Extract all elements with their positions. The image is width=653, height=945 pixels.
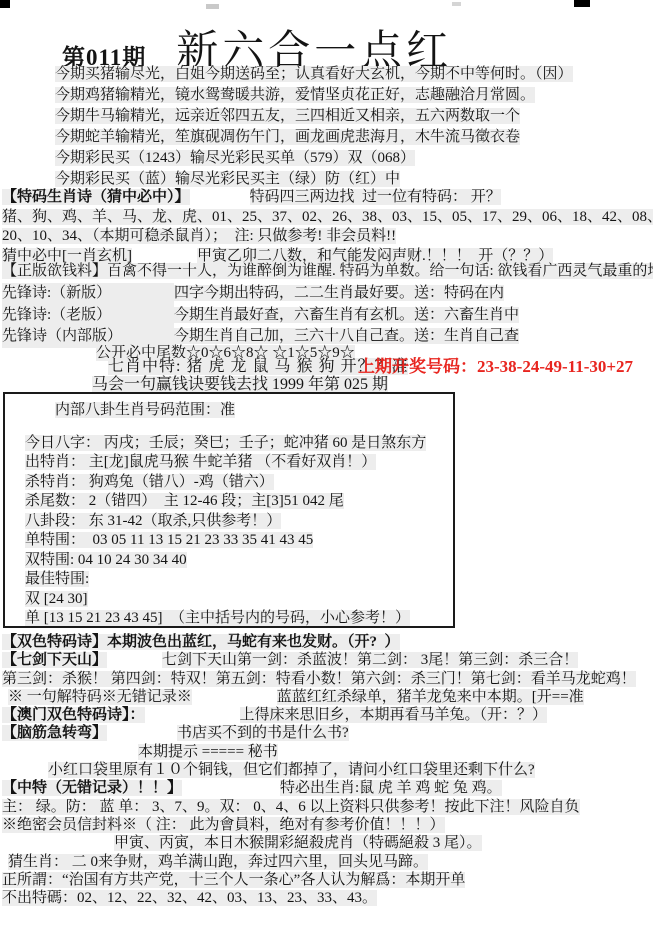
shuangse-temashi-line: 【双色特码诗】本期波色出蓝红，马蛇有来也发财。（开? ） [2,633,636,651]
bagua-row-shuangtewei: 双特围: 04 10 24 30 34 40 [25,551,453,571]
yiju-label: ※ 一句解特码※无错记录※ [8,689,192,705]
yiju-jietema-line: ※ 一句解特码※无错记录※蓝蓝红红杀绿单，猪羊龙兔来中本期。[开==准 [2,688,636,706]
scan-artifact-mark [206,4,219,9]
bagua-row-dantewei: 单特围： 03 05 11 13 15 21 23 33 35 41 43 45 [25,531,453,551]
scan-artifact-mark [452,2,461,6]
qijian-line-2: 第三剑：杀猴！ 第四剑：特双！第五剑：特看小数！第六剑：杀三门！第七剑：看羊马龙… [2,670,636,688]
zhengsuowei-line: 正所謂：“治国有方共产党，十三个人一条心”各人认为解爲：本期开单 [2,871,636,889]
zhongte-line: 【中特（无错记录）！！】特必出生肖:鼠 虎 羊 鸡 蛇 兔 鸡。 [2,779,636,797]
last-draw-label: 上期开奖号码： [358,357,477,376]
juemi-line: ※绝密会员信封料※（ 注： 此为會員料，绝对有参考价值！！！） [2,816,636,834]
bagua-box: 内部八卦生肖号码范围：准 今日八字： 丙戌；壬辰；癸巳；壬子；蛇冲猪 60 是日… [3,392,455,628]
poem-line: 今期蛇羊输精光，笙旗砚凋伤午门，画龙画虎悲海月，木牛流马徵衣卷 [55,127,573,148]
tema-shengxiao-section: 【特码生肖诗（猜中必中）】特码四三两边找 过一位有特码： 开？ 猪、狗、鸡、羊、… [2,188,653,266]
bagua-box-title: 内部八卦生肖号码范围：准 [55,401,453,421]
last-draw-result: 上期开奖号码：23-38-24-49-11-30+27 [358,352,633,377]
tema-numbers-line-2: 20、10、34、（本期可稳杀鼠肖）； 注: 只做参考! 非会员料!! [2,227,653,247]
poem-line: 今期买猪输尽光，白姐今期送码至；认真看好大玄机，今期不中等何时。（因） [55,64,573,85]
bottom-sections: 【双色特码诗】本期波色出蓝红，马蛇有来也发财。（开? ） 【七剑下天山】七剑下天… [2,633,636,907]
jiayin-line: 甲寅、丙寅，本日木猴開彩絕殺虎肖（特碼絕殺 3 尾）。 [2,834,636,852]
opening-poems: 今期买猪输尽光，白姐今期送码至；认真看好大玄机，今期不中等何时。（因） 今期鸡猪… [55,64,573,190]
qijian-line-1: 【七剑下天山】七剑下天山第一剑：杀蓝波！第二剑： 3尾！第三剑：杀三合！ [2,651,636,669]
xianfeng-poems: 先锋诗:（新版）四字今期出特码，二二生肖最好要。送：特码在内 先锋诗:（老版）今… [2,283,519,348]
bagua-box-rows: 今日八字： 丙戌；壬辰；癸巳；壬子；蛇冲猪 60 是日煞东方 出特肖： 主[龙]… [25,434,453,629]
caimin-line: 今期彩民买（蓝）输尽光彩民买主（绿）防（红）中 [55,169,573,190]
poem-line: 今期牛马输精光，远亲近邻四五友，三四相近又相亲，五六两数取一个 [55,106,573,127]
tema-numbers-line-1: 猪、狗、鸡、羊、马、龙、虎、01、25、37、02、26、38、03、15、05… [2,208,653,228]
bagua-row-dan: 单 [13 15 21 23 43 45] （主中括号内的号码，小心参考！） [25,609,453,629]
yuqian-line: 【正版欲钱料】百禽不得一十人，为谁醉倒为谁醒. 特码为单数。给一句话: 欲钱看广… [2,262,653,282]
zhongte-label: 【中特（无错记录）！！】 [2,780,182,796]
xianfeng-line: 先锋诗:（老版）今期生肖最好查，六畜生肖有玄机。送：六畜生肖中 [2,305,519,327]
riddle-line: 小红口袋里原有１０个铜钱，但它们都掉了，请问小红口袋里还剩下什么? [2,761,636,779]
bagua-row-shatexiao: 杀特肖： 狗鸡兔（错八）-鸡（错六） [25,473,453,493]
caishengxiao-line: 猜生肖： 二 0来争财，鸡羊满山跑，奔过四六里，回头见马蹄。 [2,853,636,871]
caimin-line: 今期彩民买（1243）输尽光彩民买单（579）双（068） [55,148,573,169]
tema-hint: 特码四三两边找 过一位有特码： 开？ [250,189,501,205]
poem-line: 今期鸡猪输精光，镜水鸳鸯暖共游，爱情坚贞花正好，志趣融洽月常圆。 [55,85,573,106]
zhufang-line: 主： 绿。防： 蓝 单： 3、7、9。双： 0、4、6 以上资料只供参考！按此下… [2,798,636,816]
qijian-label: 【七剑下天山】 [2,652,107,668]
tema-shengxiao-header-line: 【特码生肖诗（猜中必中）】特码四三两边找 过一位有特码： 开？ [2,188,653,208]
scan-artifact-mark [0,0,10,8]
tishi-line: 本期提示 ===== 秘书 [2,743,636,761]
buchu-tema-line: 不出特碼：02、12、22、32、42、03、13、23、33、43。 [2,889,636,907]
bagua-row-bazi: 今日八字： 丙戌；壬辰；癸巳；壬子；蛇冲猪 60 是日煞东方 [25,434,453,454]
bagua-row-baguaduan: 八卦段： 东 31-42（取杀,只供参考！） [25,512,453,532]
scan-artifact-mark [574,0,590,7]
aomen-line: 【澳门双色特码诗】：上得床来思旧乡，本期再看马羊兔。（开：？） [2,706,636,724]
naojin-label: 【脑筋急转弯】 [2,725,107,741]
tip-sheet-page: 第011期 新六合一点红 今期买猪输尽光，白姐今期送码至；认真看好大玄机，今期不… [0,0,653,945]
bagua-row-zuijia: 最佳特围: [25,570,453,590]
xianfeng-line: 先锋诗:（新版）四字今期出特码，二二生肖最好要。送：特码在内 [2,283,519,305]
section-header: 【特码生肖诗（猜中必中）】 [2,189,190,205]
naojin-line: 【脑筋急转弯】书店买不到的书是什么书? [2,724,636,742]
aomen-label: 【澳门双色特码诗】： [2,707,145,723]
bagua-row-chutexiao: 出特肖： 主[龙]鼠虎马猴 牛蛇羊猪 （不看好双肖！） [25,453,453,473]
bagua-row-shaweishu: 杀尾数： 2（错四） 主 12-46 段；主[3]51 042 尾 [25,492,453,512]
bagua-row-shuang: 双 [24 30] [25,590,453,610]
last-draw-numbers: 23-38-24-49-11-30+27 [477,357,633,376]
